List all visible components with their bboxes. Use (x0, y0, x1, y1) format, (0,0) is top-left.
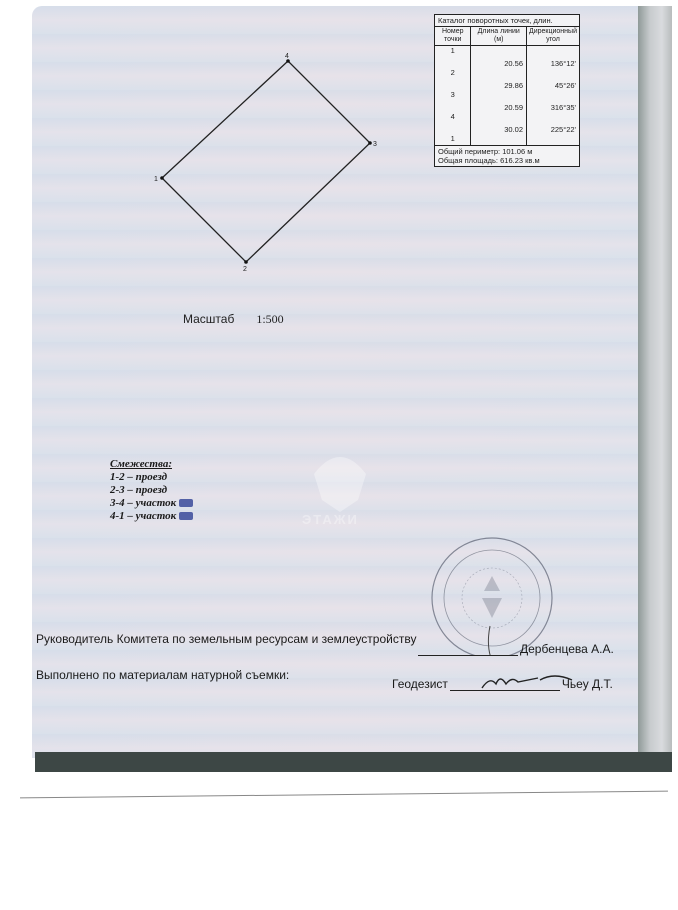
scan-bottom-band (35, 752, 672, 772)
scale-label: Масштаб (183, 312, 234, 326)
direction-angle: 316°35' (527, 90, 580, 112)
vertex-label-2: 2 (243, 266, 247, 273)
catalog-row: 120.56136°12' (435, 46, 579, 69)
signature-line (418, 655, 518, 656)
vertex-label-1: 1 (154, 176, 158, 183)
vertex-marker (244, 260, 248, 264)
total-area: Общая площадь: 616.23 кв.м (438, 156, 576, 165)
line-length (471, 134, 527, 145)
page-divider-line (20, 791, 668, 799)
adjacency-title: Смежества: (110, 458, 193, 471)
geodesist-label: Геодезист (392, 677, 448, 691)
header-direction-angle: Дирекционный угол (527, 27, 580, 46)
catalog-row: 1 (435, 134, 579, 145)
watermark-logo: ЭТАЖИ (300, 440, 380, 530)
direction-angle: 136°12' (527, 46, 580, 69)
redaction-blot (179, 499, 193, 507)
committee-head-line: Руководитель Комитета по земельным ресур… (36, 632, 416, 646)
committee-head-name: Дербенцева А.А. (520, 642, 614, 656)
direction-angle: 225°22' (527, 112, 580, 134)
coordinate-catalog-table: Каталог поворотных точек, длин. Номер то… (434, 14, 580, 167)
adjacency-list: Смежества: 1-2 – проезд 2-3 – проезд 3-4… (110, 458, 193, 523)
catalog-row: 320.59316°35' (435, 90, 579, 112)
adjacency-item: 4-1 – участок (110, 510, 193, 523)
house-icon (300, 440, 380, 515)
land-plot-diagram: 1 2 3 4 (140, 45, 390, 285)
point-number: 2 (435, 68, 471, 90)
official-stamp (412, 536, 562, 656)
line-length: 20.59 (471, 90, 527, 112)
header-line-length: Длина линии (м) (471, 27, 527, 46)
adjacency-item: 3-4 – участок (110, 497, 193, 510)
survey-basis-line: Выполнено по материалам натурной съемки: (36, 668, 289, 682)
point-number: 1 (435, 46, 471, 69)
adjacency-item: 1-2 – проезд (110, 471, 193, 484)
plot-boundary (162, 61, 370, 262)
handwritten-signature (478, 670, 578, 694)
point-number: 3 (435, 90, 471, 112)
map-scale: Масштаб1:500 (183, 312, 284, 327)
total-perimeter: Общий периметр: 101.06 м (438, 147, 576, 156)
direction-angle: 45°26' (527, 68, 580, 90)
point-number: 1 (435, 134, 471, 145)
adjacency-item: 2-3 – проезд (110, 484, 193, 497)
catalog-row: 430.02225°22' (435, 112, 579, 134)
scan-edge-shadow (638, 6, 672, 758)
committee-head-signature: Дербенцева А.А. (418, 642, 614, 656)
emblem-icon (482, 576, 502, 618)
header-point-number: Номер точки (435, 27, 471, 46)
redaction-blot (179, 512, 193, 520)
vertex-label-3: 3 (373, 141, 377, 148)
vertex-marker (160, 176, 164, 180)
catalog-row: 229.8645°26' (435, 68, 579, 90)
line-length: 29.86 (471, 68, 527, 90)
direction-angle (527, 134, 580, 145)
vertex-marker (368, 141, 372, 145)
line-length: 30.02 (471, 112, 527, 134)
line-length: 20.56 (471, 46, 527, 69)
point-number: 4 (435, 112, 471, 134)
vertex-label-4: 4 (285, 53, 289, 60)
watermark-text: ЭТАЖИ (302, 512, 359, 527)
catalog-title: Каталог поворотных точек, длин. (435, 15, 579, 27)
scale-value: 1:500 (256, 312, 283, 326)
